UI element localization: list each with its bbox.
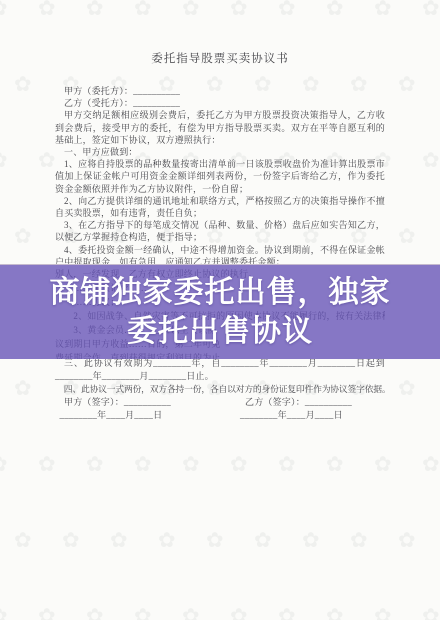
intro-paragraph: 甲方交纳足额相应级别会费后，委托乙方为甲方股票投资决策指导人，乙方收到会费后，接… — [55, 109, 385, 146]
watermark-glyph: ✿ — [278, 606, 296, 620]
watermark-glyph: ✿ — [374, 606, 392, 620]
watermark-glyph: ✿ — [374, 454, 392, 475]
party-a-line: 甲方（委托方）：__________ — [55, 85, 385, 97]
watermark-glyph: ✿ — [422, 150, 440, 171]
agreement-body-bottom: 三、此协议有效期为________年，自________年________月__… — [55, 357, 385, 422]
watermark-glyph: ✿ — [14, 74, 32, 95]
scanned-document-page: ✿✿✿✿✿✿✿✿✿✿✿✿✿✿✿✿✿✿✿✿✿✿✿✿✿✿✿✿✿✿✿✿✿✿✿✿✿✿✿✿… — [0, 0, 440, 620]
clause-item-1: 1、应将自持股票的品种数量按寄出清单前一日该股票收盘价为准计算出股票市值加上保证… — [55, 158, 385, 195]
date-row: ________年____月____日 ________年____月____日 — [55, 409, 385, 422]
document-title: 委托指导股票买卖协议书 — [55, 52, 385, 67]
watermark-glyph: ✿ — [0, 606, 8, 620]
watermark-glyph: ✿ — [398, 74, 416, 95]
overlay-headline-line1: 商铺独家委托出售，独家 — [0, 276, 440, 309]
watermark-glyph: ✿ — [0, 0, 8, 19]
clause-item-2: 2、向乙方提供详细的通讯地址和联络方式，严格按照乙方的决策指导操作不擅自买卖股票… — [55, 195, 385, 219]
watermark-glyph: ✿ — [326, 606, 344, 620]
watermark-glyph: ✿ — [422, 454, 440, 475]
signature-row: 甲方（签字）：__________ 乙方（签字）：__________ — [55, 396, 385, 409]
watermark-glyph: ✿ — [350, 530, 368, 551]
watermark-glyph: ✿ — [86, 454, 104, 475]
watermark-glyph: ✿ — [38, 150, 56, 171]
section3-term-line: 三、此协议有效期为________年，自________年________月__… — [55, 357, 385, 383]
watermark-glyph: ✿ — [0, 454, 8, 475]
watermark-glyph: ✿ — [62, 530, 80, 551]
watermark-glyph: ✿ — [110, 530, 128, 551]
watermark-glyph: ✿ — [398, 378, 416, 399]
watermark-glyph: ✿ — [14, 378, 32, 399]
section4-copies-line: 四、此协议一式两份，双方各持一份，各自以对方的身份证复印件作为协议签字依据。 — [55, 383, 385, 396]
watermark-glyph: ✿ — [398, 530, 416, 551]
overlay-banner: 别人，一经发现，乙方有权立即终止协议的执行。 ……买卖记录…… ……协议； 2、… — [0, 264, 440, 359]
overlay-headline-line2: 委托出售协议 — [0, 315, 440, 348]
party-b-date-line: ________年____月____日 — [240, 409, 385, 422]
party-a-signature-line: 甲方（签字）：__________ — [64, 396, 171, 409]
party-b-signature-line: 乙方（签字）：__________ — [245, 396, 385, 409]
watermark-glyph: ✿ — [38, 454, 56, 475]
party-a-date-line: ________年____月____日 — [60, 409, 163, 422]
watermark-glyph: ✿ — [422, 0, 440, 19]
watermark-glyph: ✿ — [326, 454, 344, 475]
watermark-glyph: ✿ — [230, 606, 248, 620]
watermark-glyph: ✿ — [0, 150, 8, 171]
watermark-glyph: ✿ — [230, 454, 248, 475]
watermark-glyph: ✿ — [38, 606, 56, 620]
agreement-body-top: 委托指导股票买卖协议书 甲方（委托方）：__________ 乙方（受托方）：_… — [55, 0, 385, 292]
watermark-glyph: ✿ — [14, 226, 32, 247]
party-b-line: 乙方（受托方）：__________ — [55, 97, 385, 109]
section1-heading: 一、甲方应做到： — [55, 146, 385, 158]
watermark-glyph: ✿ — [398, 226, 416, 247]
watermark-glyph: ✿ — [422, 606, 440, 620]
watermark-glyph: ✿ — [254, 530, 272, 551]
watermark-glyph: ✿ — [14, 530, 32, 551]
watermark-glyph: ✿ — [206, 530, 224, 551]
watermark-glyph: ✿ — [158, 530, 176, 551]
watermark-glyph: ✿ — [182, 454, 200, 475]
watermark-glyph: ✿ — [278, 454, 296, 475]
watermark-glyph: ✿ — [134, 606, 152, 620]
watermark-glyph: ✿ — [302, 530, 320, 551]
obscured-line: 费延期合作，直到获得规定利润目的为止。 — [55, 351, 385, 359]
clause-item-3: 3、在乙方指导下的每笔成交情况（品种、数量、价格）盘后应如实告知乙方，以便乙方掌… — [55, 219, 385, 243]
watermark-glyph: ✿ — [182, 606, 200, 620]
watermark-glyph: ✿ — [134, 454, 152, 475]
watermark-glyph: ✿ — [38, 0, 56, 19]
watermark-glyph: ✿ — [86, 606, 104, 620]
